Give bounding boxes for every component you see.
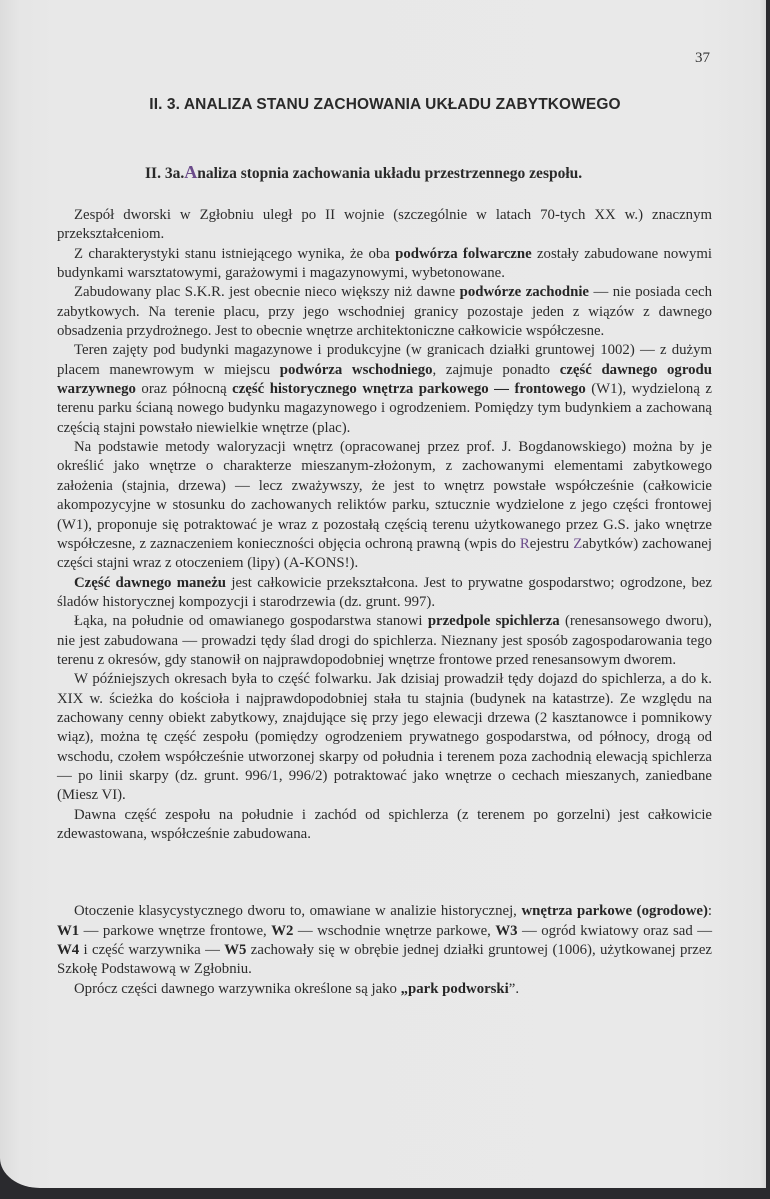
- bold-term: Część dawnego maneżu: [74, 575, 226, 591]
- bold-term: W4: [57, 942, 79, 958]
- bold-term: W5: [224, 942, 246, 958]
- text-run: — parkowe wnętrze frontowe,: [79, 923, 271, 939]
- paragraph: W późniejszych okresach była to część fo…: [57, 670, 712, 805]
- page-number: 37: [695, 50, 710, 67]
- paragraph: Zespół dworski w Zgłobniu uległ po II wo…: [57, 206, 712, 245]
- text-run: ejestru: [530, 536, 573, 552]
- text-run: — wschodnie wnętrze parkowe,: [293, 923, 495, 939]
- paragraph: Część dawnego maneżu jest całkowicie prz…: [57, 574, 712, 613]
- paragraph: Zabudowany plac S.K.R. jest obecnie niec…: [57, 283, 712, 341]
- handwritten-correction: Z: [573, 536, 582, 552]
- text-run: i część warzywnika —: [79, 942, 224, 958]
- paragraph-gap: [57, 844, 712, 902]
- bold-term: podwórza wschodniego: [280, 362, 433, 378]
- text-run: , zajmuje ponadto: [433, 362, 560, 378]
- text-run: — ogród kwiatowy oraz sad —: [518, 923, 712, 939]
- paragraph: Otoczenie klasycystycznego dworu to, oma…: [57, 902, 712, 979]
- bold-term: wnętrza parkowe (ogrodowe): [521, 903, 707, 919]
- body-text: Zespół dworski w Zgłobniu uległ po II wo…: [57, 206, 712, 999]
- text-run: Z charakterystyki stanu istniejącego wyn…: [74, 246, 395, 262]
- subsection-prefix: II. 3a.: [145, 165, 184, 182]
- paragraph: Oprócz części dawnego warzywnika określo…: [57, 980, 712, 999]
- text-run: Oprócz części dawnego warzywnika określo…: [74, 981, 401, 997]
- bold-term: część historycznego wnętrza parkowego — …: [232, 381, 586, 397]
- paragraph: Dawna część zespołu na południe i zachód…: [57, 806, 712, 845]
- scanned-page: 37 II. 3. ANALIZA STANU ZACHOWANIA UKŁAD…: [0, 0, 766, 1188]
- bold-term: W3: [495, 923, 517, 939]
- text-run: W późniejszych okresach była to część fo…: [57, 671, 712, 803]
- text-run: Łąka, na południe od omawianego gospodar…: [74, 613, 428, 629]
- bold-term: podwórza folwarczne: [395, 246, 532, 262]
- handwritten-correction: A: [184, 162, 197, 182]
- handwritten-correction: R: [520, 536, 530, 552]
- bold-term: W1: [57, 923, 79, 939]
- section-title: II. 3. ANALIZA STANU ZACHOWANIA UKŁADU Z…: [0, 96, 770, 114]
- paragraph: Na podstawie metody waloryzacji wnętrz (…: [57, 438, 712, 573]
- paragraph: Teren zajęty pod budynki magazynowe i pr…: [57, 341, 712, 438]
- text-run: Otoczenie klasycystycznego dworu to, oma…: [74, 903, 521, 919]
- text-run: Zespół dworski w Zgłobniu uległ po II wo…: [57, 207, 712, 242]
- subsection-title: II. 3a.Analiza stopnia zachowania układu…: [145, 162, 582, 183]
- subsection-text: naliza stopnia zachowania układu przestr…: [197, 165, 582, 182]
- bold-term: przedpole spichlerza: [428, 613, 560, 629]
- bold-term: podwórze zachodnie: [460, 284, 589, 300]
- text-run: ”.: [509, 981, 519, 997]
- text-run: oraz północną: [136, 381, 232, 397]
- text-run: Dawna część zespołu na południe i zachód…: [57, 807, 712, 842]
- bold-term: W2: [271, 923, 293, 939]
- paragraph: Łąka, na południe od omawianego gospodar…: [57, 612, 712, 670]
- text-run: :: [708, 903, 712, 919]
- paragraph: Z charakterystyki stanu istniejącego wyn…: [57, 245, 712, 284]
- bold-term: „park podworski: [401, 981, 509, 997]
- text-run: Zabudowany plac S.K.R. jest obecnie niec…: [74, 284, 460, 300]
